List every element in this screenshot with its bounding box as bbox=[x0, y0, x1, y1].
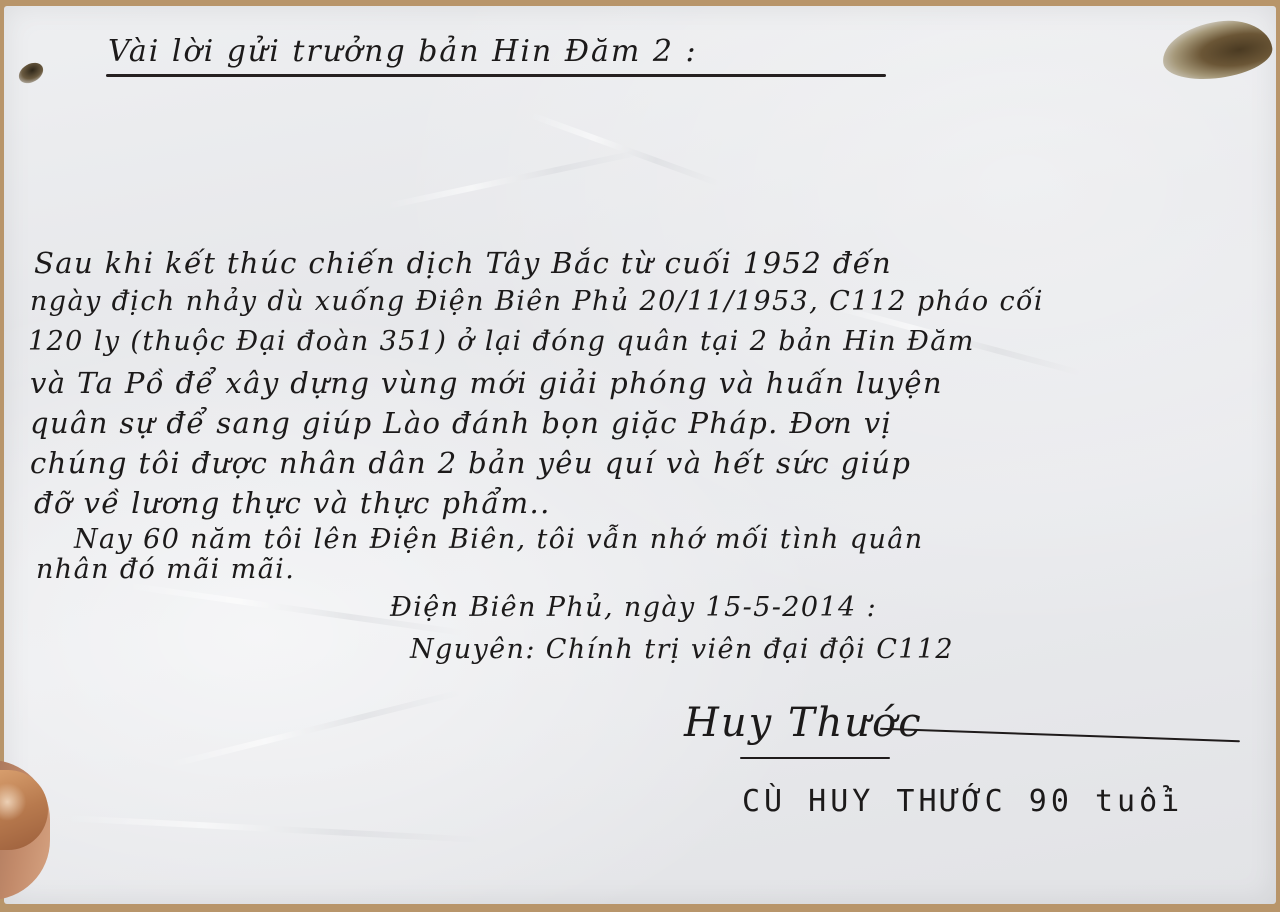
body-line: quân sự để sang giúp Lào đánh bọn giặc P… bbox=[30, 406, 892, 440]
signature-underline bbox=[740, 757, 890, 759]
body-line: chúng tôi được nhân dân 2 bản yêu quí và… bbox=[30, 446, 911, 480]
body-line: 120 ly (thuộc Đại đoàn 351) ở lại đóng q… bbox=[28, 326, 975, 357]
closing-line: nhân đó mãi mãi. bbox=[36, 554, 295, 585]
paper-crease bbox=[386, 149, 642, 209]
title-underline bbox=[106, 74, 886, 77]
paper-crease bbox=[529, 112, 719, 186]
body-line: Sau khi kết thúc chiến dịch Tây Bắc từ c… bbox=[34, 246, 892, 280]
paper-crease bbox=[168, 690, 461, 768]
paper-crease bbox=[64, 815, 484, 843]
closing-line: Nay 60 năm tôi lên Điện Biên, tôi vẫn nh… bbox=[74, 524, 924, 555]
signature: Huy Thước bbox=[684, 700, 923, 746]
body-line: đỡ về lương thực và thực phẩm.. bbox=[34, 486, 551, 520]
place-date: Điện Biên Phủ, ngày 15-5-2014 : bbox=[390, 592, 877, 623]
body-line: và Ta Pồ để xây dựng vùng mới giải phóng… bbox=[30, 366, 943, 400]
author-role: Nguyên: Chính trị viên đại đội C112 bbox=[410, 634, 954, 665]
letter-title: Vài lời gửi trưởng bản Hin Đăm 2 : bbox=[108, 34, 698, 69]
body-line: ngày địch nhảy dù xuống Điện Biên Phủ 20… bbox=[30, 286, 1044, 317]
printed-name: CÙ HUY THƯỚC 90 tuổi bbox=[742, 784, 1183, 819]
